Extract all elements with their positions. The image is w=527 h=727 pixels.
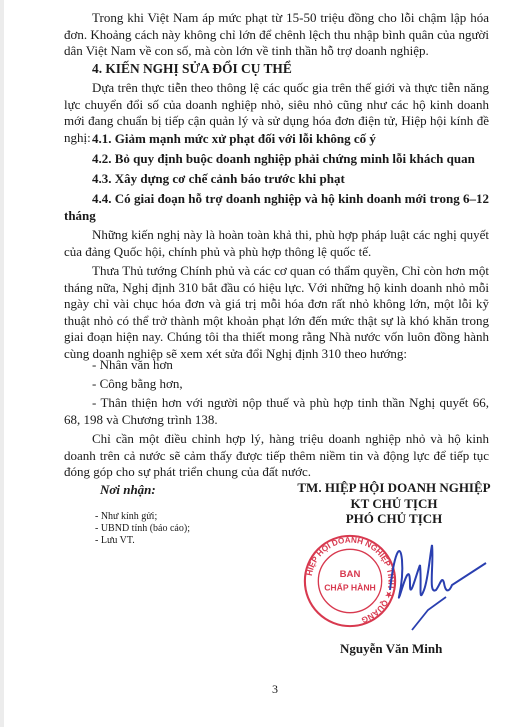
proposal-3: 4.3. Xây dựng cơ chế cảnh báo trước khi …: [92, 171, 492, 188]
closing-paragraph: Chỉ cần một điều chỉnh hợp lý, hàng triệ…: [64, 431, 489, 481]
page-edge: [0, 0, 4, 727]
proposal-4: 4.4. Có giai đoạn hỗ trợ doanh nghiệp và…: [64, 191, 489, 224]
signature-block: TM. HIỆP HỘI DOANH NGHIỆP KT CHỦ TỊCH PH…: [296, 480, 492, 527]
section-heading: 4. KIẾN NGHỊ SỬA ĐỔI CỤ THỂ: [92, 61, 492, 78]
recipients-list: - Như kính gửi; - UBND tỉnh (báo cáo); -…: [95, 511, 190, 547]
svg-text:CHẤP HÀNH: CHẤP HÀNH: [324, 583, 376, 593]
recipients-title: Nơi nhận:: [100, 482, 156, 498]
official-stamp-icon: HIỆP HỘI DOANH NGHIỆP TỈNH ★ QUẢNG BAN C…: [302, 533, 398, 629]
signer-name: Nguyễn Văn Minh: [340, 641, 442, 657]
direction-2: - Công bằng hơn,: [92, 376, 492, 393]
title-line: KT CHỦ TỊCH: [296, 496, 492, 512]
recipient-item: - Lưu VT.: [95, 535, 190, 547]
page-number: 3: [272, 682, 278, 697]
proposal-2: 4.2. Bỏ quy định buộc doanh nghiệp phải …: [92, 151, 492, 168]
recipient-item: - Như kính gửi;: [95, 511, 190, 523]
appeal-paragraph: Thưa Thủ tướng Chính phủ và các cơ quan …: [64, 263, 489, 362]
svg-text:BAN: BAN: [340, 569, 361, 580]
handwritten-signature-icon: [388, 535, 488, 635]
recipient-item: - UBND tỉnh (báo cáo);: [95, 523, 190, 535]
direction-3: - Thân thiện hơn với người nộp thuế và p…: [64, 395, 489, 428]
org-line: TM. HIỆP HỘI DOANH NGHIỆP: [296, 480, 492, 496]
direction-1: - Nhân văn hơn: [92, 357, 492, 374]
proposal-1: 4.1. Giảm mạnh mức xử phạt đối với lỗi k…: [92, 131, 492, 148]
title-line: PHÓ CHỦ TỊCH: [296, 511, 492, 527]
feasibility-paragraph: Những kiến nghị này là hoàn toàn khả thi…: [64, 227, 489, 260]
intro-paragraph: Trong khi Việt Nam áp mức phạt từ 15-50 …: [64, 10, 489, 60]
